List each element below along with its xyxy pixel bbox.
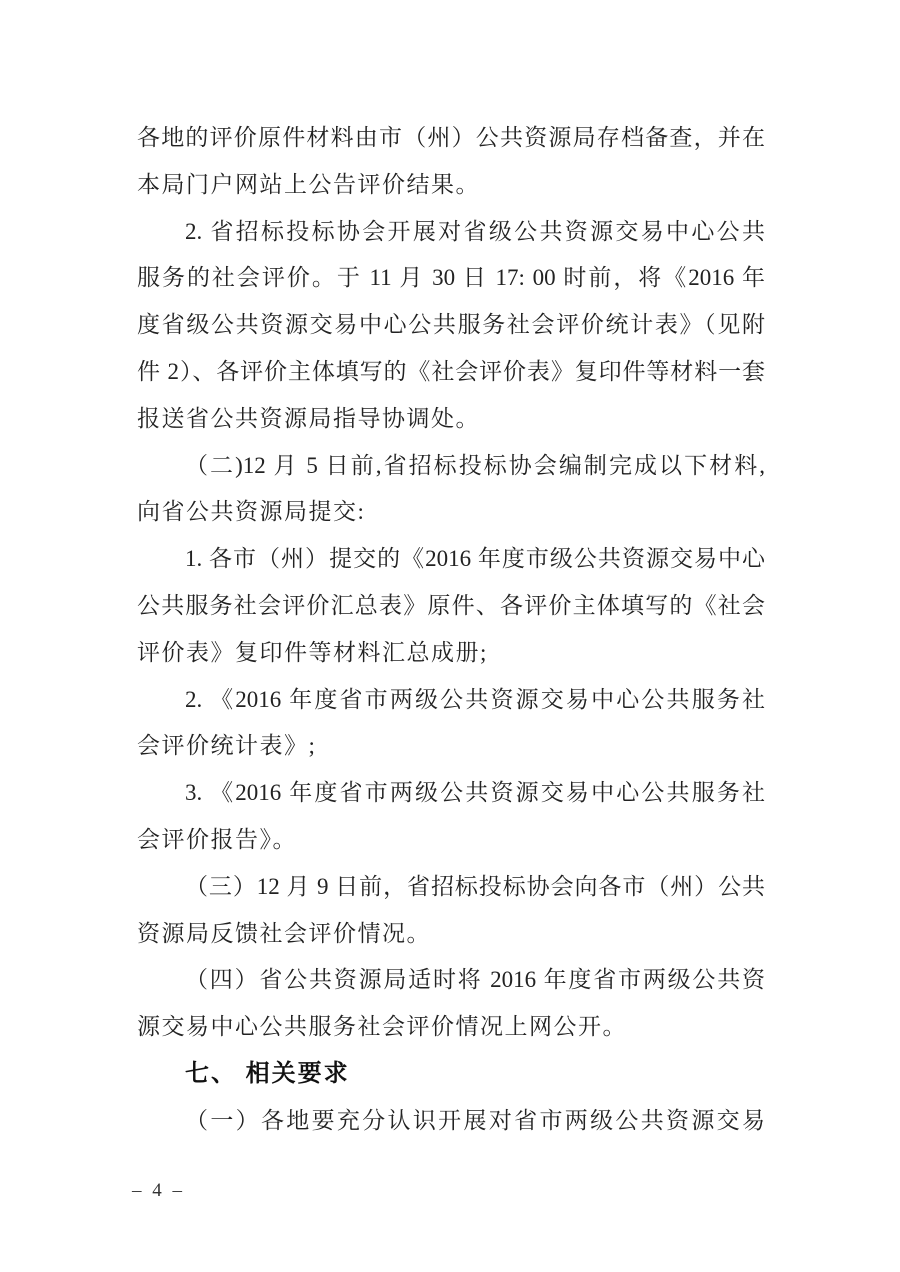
text-line: （一）各地要充分认识开展对省市两级公共资源交易	[137, 1098, 765, 1145]
text-line: 公共服务社会评价汇总表》原件、各评价主体填写的《社会	[137, 583, 765, 630]
text-line: 会评价统计表》;	[137, 723, 765, 770]
text-line: 1. 各市（州）提交的《2016 年度市级公共资源交易中心	[137, 536, 765, 583]
text-line: 2. 省招标投标协会开展对省级公共资源交易中心公共	[137, 209, 765, 256]
page-number: – 4 –	[132, 1180, 183, 1202]
document-page: 各地的评价原件材料由市（州）公共资源局存档备查，并在本局门户网站上公告评价结果。…	[0, 0, 900, 1272]
text-line: 评价表》复印件等材料汇总成册;	[137, 630, 765, 677]
text-line: （四）省公共资源局适时将 2016 年度省市两级公共资	[137, 957, 765, 1004]
text-line: 2. 《2016 年度省市两级公共资源交易中心公共服务社	[137, 677, 765, 724]
text-line: 本局门户网站上公告评价结果。	[137, 162, 765, 209]
text-block: 各地的评价原件材料由市（州）公共资源局存档备查，并在本局门户网站上公告评价结果。…	[137, 115, 765, 1145]
text-line: （三）12 月 9 日前，省招标投标协会向各市（州）公共	[137, 864, 765, 911]
text-line: 度省级公共资源交易中心公共服务社会评价统计表》（见附	[137, 302, 765, 349]
text-line: 资源局反馈社会评价情况。	[137, 911, 765, 958]
text-line: 3. 《2016 年度省市两级公共资源交易中心公共服务社	[137, 770, 765, 817]
text-line: 各地的评价原件材料由市（州）公共资源局存档备查，并在	[137, 115, 765, 162]
text-line: （二)12 月 5 日前,省招标投标协会编制完成以下材料,	[137, 443, 765, 490]
text-line: 报送省公共资源局指导协调处。	[137, 396, 765, 443]
text-line: 件 2）、各评价主体填写的《社会评价表》复印件等材料一套	[137, 349, 765, 396]
text-line: 向省公共资源局提交:	[137, 489, 765, 536]
section-heading: 七、 相关要求	[137, 1051, 765, 1098]
text-line: 会评价报告》。	[137, 817, 765, 864]
text-line: 服务的社会评价。于 11 月 30 日 17: 00 时前，将《2016 年	[137, 255, 765, 302]
text-line: 源交易中心公共服务社会评价情况上网公开。	[137, 1004, 765, 1051]
